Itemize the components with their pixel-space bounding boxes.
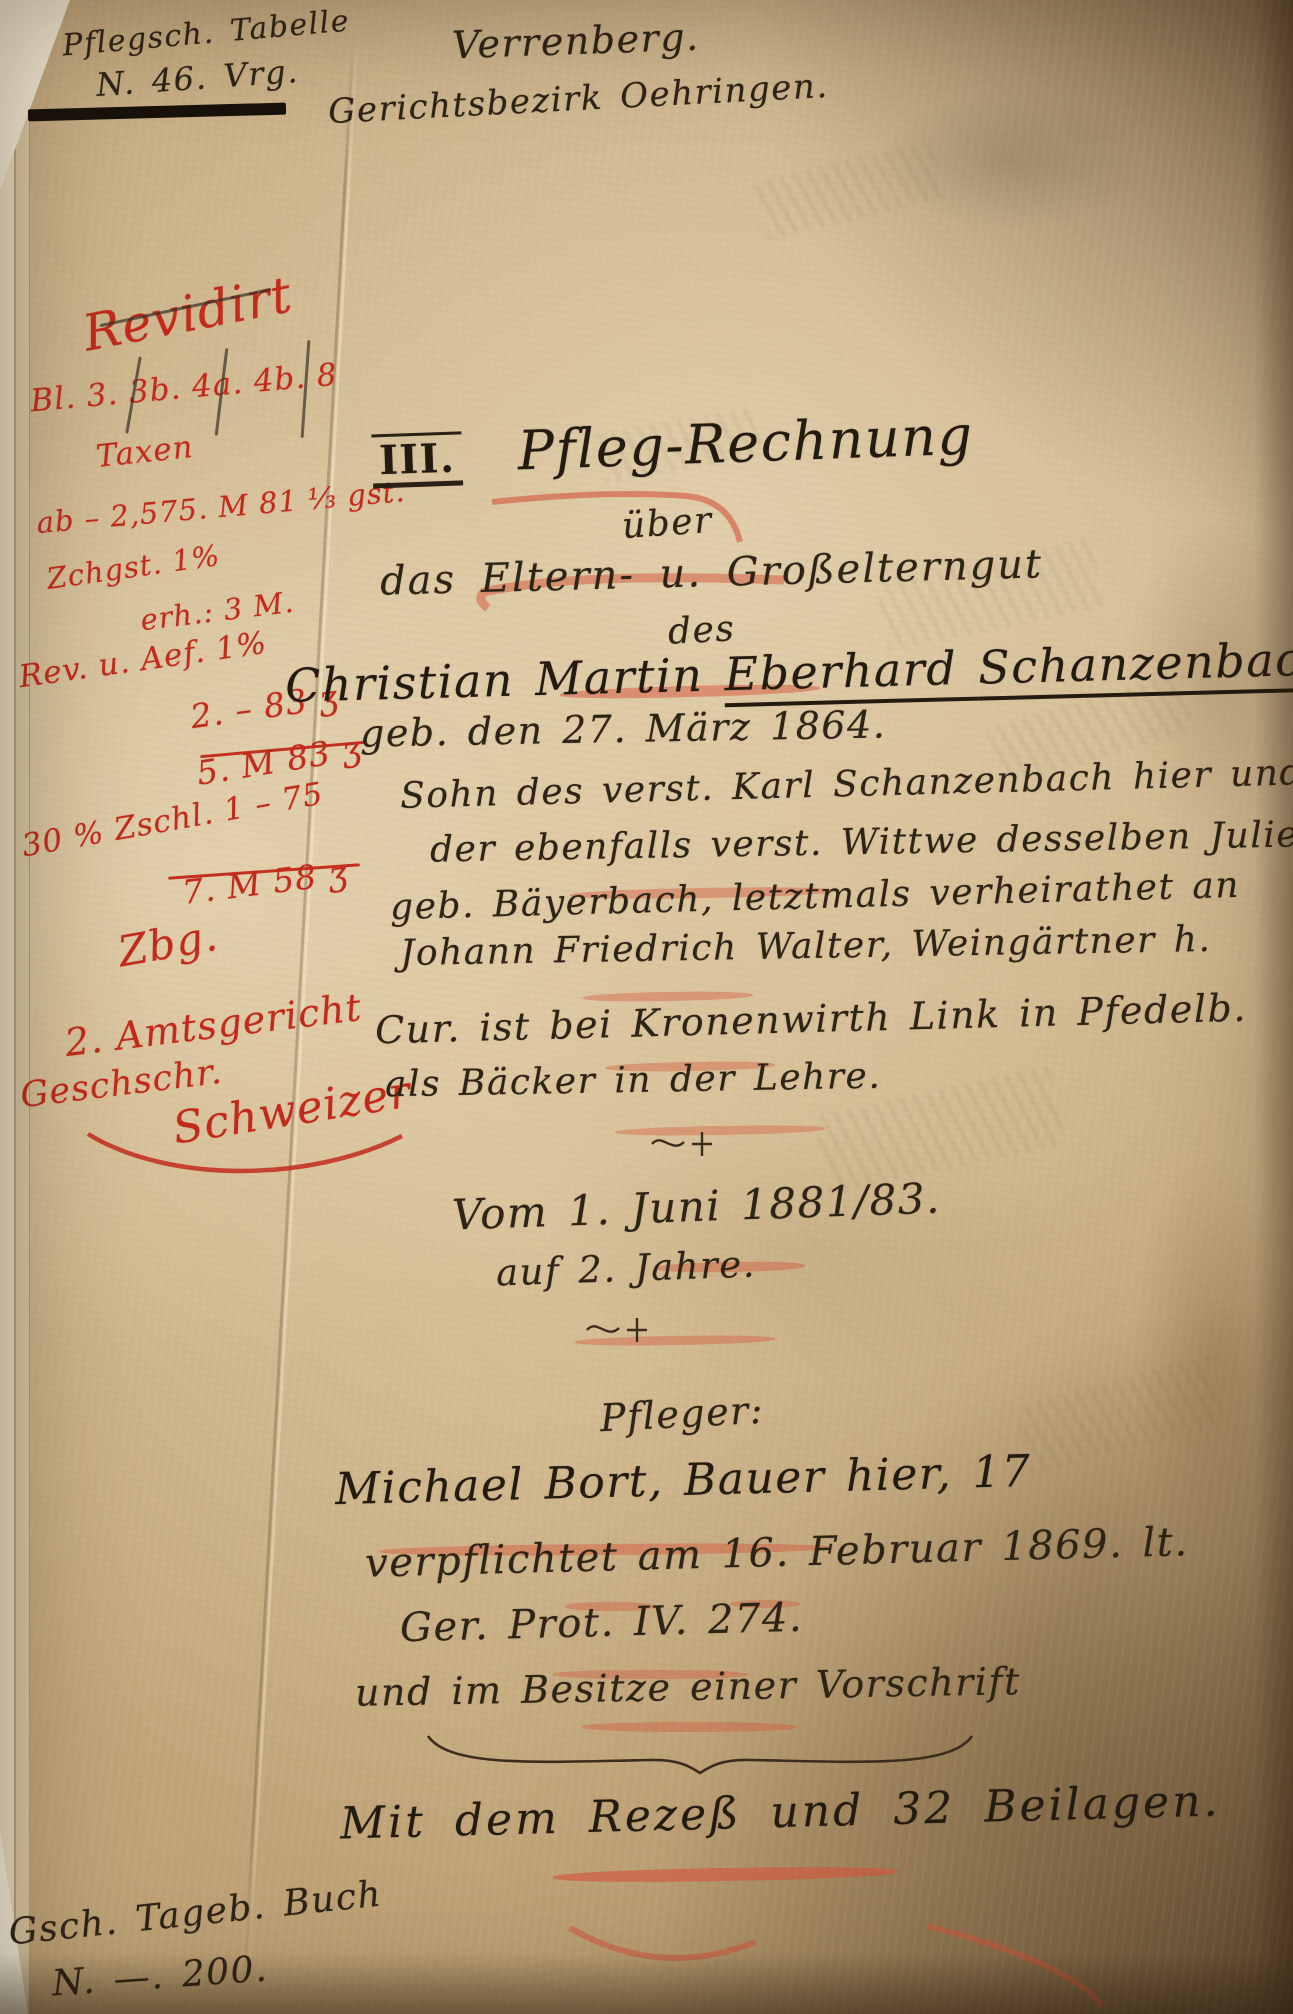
corner-note-underline <box>28 103 286 122</box>
ghost-writing <box>1014 1355 1225 1474</box>
line-origin-1: Sohn des verst. Karl Schanzenbach hier u… <box>400 754 1293 815</box>
journal-note-line2: N. —. 200. <box>51 1951 269 2004</box>
separator-squiggle <box>650 1128 722 1162</box>
journal-note-line1: Gsch. Tageb. Buch <box>7 1876 384 1953</box>
margin-note-zbg: Zbg. <box>115 914 221 975</box>
margin-note-zuschlagsgebuehr: Zchgst. 1% <box>45 540 222 594</box>
red-flourish-corner <box>920 1918 1120 2013</box>
line-verpflichtet: verpflichtet am 16. Februar 1869. lt. <box>365 1521 1189 1585</box>
line-subject: das Eltern- u. Großelterngut <box>380 543 1044 602</box>
title-text: Pfleg-Rechnung <box>517 404 975 483</box>
page-edge <box>0 0 16 2014</box>
line-pupil-name: Christian Martin Eberhard Schanzenbach <box>285 634 1293 710</box>
signature-flourish <box>80 1120 410 1190</box>
margin-note-revidirt: Revidirt <box>79 268 297 360</box>
document-title: III. Pfleg-Rechnung <box>371 408 974 489</box>
line-protokoll: Ger. Prot. IV. 274. <box>400 1597 804 1650</box>
line-origin-2: der ebenfalls verst. Wittwe desselben Ju… <box>430 816 1293 869</box>
line-birth: geb. den 27. März 1864. <box>360 705 887 754</box>
crayon-smear <box>553 1865 898 1884</box>
underbrace <box>420 1728 980 1776</box>
district-heading: Gerichtsbezirk Oehringen. <box>327 69 829 131</box>
corner-note-line2: N. 46. Vrg. <box>95 55 300 103</box>
line-period-2: auf 2. Jahre. <box>495 1245 756 1293</box>
margin-amount-3: 7. M 58 ʒ <box>181 856 350 911</box>
place-heading: Verrenberg. <box>451 18 700 67</box>
corner-note-line1: Pflegsch. Tabelle <box>61 5 351 62</box>
page-edge <box>16 0 30 2014</box>
margin-note-taxen-ab: ab – 2,575. M 81 ⅓ gst. <box>35 476 406 539</box>
line-ueber: über <box>621 502 714 546</box>
line-curand-1: Cur. ist bei Kronenwirth Link in Pfedelb… <box>375 989 1248 1052</box>
margin-note-taxen: Taxen <box>95 431 195 474</box>
stain <box>880 90 1140 230</box>
stain <box>1130 1150 1293 1570</box>
ghost-writing <box>755 139 944 241</box>
line-vorschrift: und im Besitze einer Vorschrift <box>355 1662 1021 1714</box>
line-schluss: Mit dem Rezeß und 32 Beilagen. <box>340 1778 1221 1847</box>
separator-squiggle <box>585 1312 657 1350</box>
line-pfleger-name: Michael Bort, Bauer hier, 17 <box>335 1449 1033 1513</box>
name-third: Eberhard <box>724 641 979 708</box>
line-origin-3: geb. Bäyerbach, letztmals verheirathet a… <box>390 867 1241 927</box>
line-curand-2: als Bäcker in der Lehre. <box>385 1058 882 1104</box>
margin-note-erhoben: erh.: 3 M. <box>139 587 296 636</box>
name-last: Schanzenbach <box>978 631 1293 700</box>
document-photo: Pflegsch. Tabelle N. 46. Vrg. Verrenberg… <box>0 0 1293 2014</box>
line-origin-4: Johann Friedrich Walter, Weingärtner h. <box>400 921 1212 973</box>
margin-note-blatt: Bl. 3. 3b. 4a. 4b. 8 <box>29 359 339 418</box>
margin-note-zuschlag: 30 % Zschl. 1 – 75 <box>19 778 325 863</box>
name-second: Martin <box>534 647 725 706</box>
line-des: des <box>667 610 736 651</box>
line-period-1: Vom 1. Juni 1881/83. <box>451 1176 941 1237</box>
red-flourish-bottom <box>565 1922 765 1986</box>
name-first: Christian <box>284 652 535 713</box>
label-pfleger: Pfleger: <box>599 1391 765 1439</box>
title-number: III. <box>371 431 463 488</box>
